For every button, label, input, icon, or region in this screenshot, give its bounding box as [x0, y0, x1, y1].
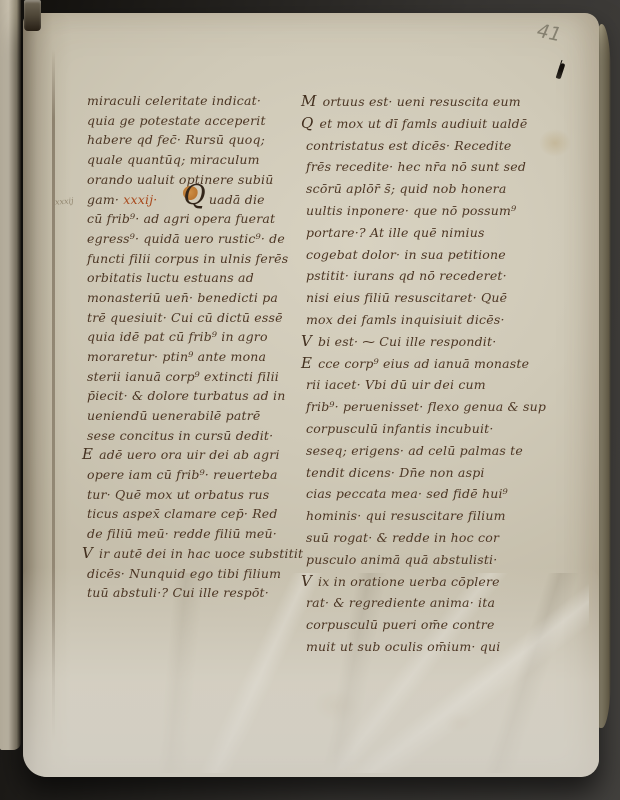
manuscript-text-line: ueniendū uenerabilē patrē [87, 406, 309, 426]
manuscript-text-line: corpusculū infantis incubuit· [306, 418, 558, 440]
text-segment: rat· & regrediente anima· ita [306, 595, 495, 610]
manuscript-page: xxxij miraculi celeritate indicat·quia g… [23, 13, 599, 777]
text-segment: cias peccata mea· sed fidē hui⁹ [306, 486, 508, 501]
text-segment: trē quesiuit· Cui cū dictū essē [87, 310, 283, 325]
line-initial: V [82, 544, 93, 564]
text-segment: frēs recedite· hec nr̄a nō sunt sed [306, 159, 526, 174]
text-segment: opere iam cū frib⁹· reuerteba [87, 467, 278, 482]
text-segment: ix in oratione uerba cōplere [318, 574, 500, 589]
text-segment: rii iacet· Vbi dū uir dei cum [306, 377, 486, 392]
manuscript-text-line: tur· Quē mox ut orbatus rus [87, 485, 309, 505]
manuscript-text-line: miraculi celeritate indicat· [87, 91, 309, 111]
manuscript-text-line: Vbi est· ⁓ Cui ille respondit· [306, 331, 558, 353]
text-segment: orando ualuit optinere subiū [87, 172, 274, 187]
text-segment: adē uero ora uir dei ab agri [99, 447, 280, 462]
gutter-crease-line [52, 49, 55, 743]
manuscript-text-line: tuū abstuli·? Cui ille respōt· [87, 583, 309, 603]
text-segment: portare·? At ille quē nimius [306, 225, 485, 240]
manuscript-text-line: p̄iecit· & dolore turbatus ad in [87, 386, 309, 406]
text-segment: miraculi celeritate indicat· [87, 93, 261, 108]
text-segment: ticus aspex̄ clamare cep̄· Red [87, 506, 278, 521]
binding-tab [24, 0, 41, 31]
manuscript-text-line: sese concitus in cursū dedit· [87, 426, 309, 446]
manuscript-text-line: seseq; erigens· ad celū palmas te [306, 440, 558, 462]
line-initial: M [301, 91, 317, 113]
text-segment: mox dei famls inquisiuit dicēs· [306, 312, 505, 327]
manuscript-text-line: gam· xxxij·Quadā die [87, 189, 309, 209]
text-segment: bi est· ⁓ Cui ille respondit· [318, 334, 496, 349]
manuscript-text-line: Mortuus est· ueni resuscita eum [306, 91, 558, 113]
text-segment: sterii ianuā corp⁹ extincti filii [87, 369, 279, 384]
manuscript-text-line: frib⁹· peruenisset· flexo genua & sup [306, 396, 558, 418]
manuscript-text-line: sterii ianuā corp⁹ extincti filii [87, 367, 309, 387]
parchment-stain [313, 689, 359, 723]
parchment-stain [443, 711, 473, 733]
text-segment: gam· [87, 192, 123, 207]
text-segment: cogebat dolor· in sua petitione [306, 247, 506, 262]
manuscript-text-line: orbitatis luctu estuans ad [87, 268, 309, 288]
line-initial: E [301, 353, 312, 375]
manuscript-photo: { "manuscript": { "folio_number": "41", … [0, 0, 620, 800]
manuscript-text-line: cogebat dolor· in sua petitione [306, 244, 558, 266]
manuscript-text-line: mox dei famls inquisiuit dicēs· [306, 309, 558, 331]
text-segment: scōrū aplōr̄ s̄; quid nob honera [306, 181, 507, 196]
text-segment: functi filii corpus in ulnis ferēs [87, 251, 288, 266]
text-segment: uultis inponere· que nō possum⁹ [306, 203, 516, 218]
manuscript-text-line: moraretur· ptin⁹ ante mona [87, 347, 309, 367]
text-segment: tendit dicens· Dn̄e non aspi [306, 465, 485, 480]
manuscript-text-line: rat· & regrediente anima· ita [306, 592, 558, 614]
manuscript-text-line: Ecce corp⁹ eius ad ianuā monaste [306, 353, 558, 375]
manuscript-text-line: contristatus est dicēs· Recedite [306, 135, 558, 157]
text-segment: quia idē pat cū frib⁹ in agro [87, 329, 268, 344]
text-segment: uadā die [209, 192, 265, 207]
gutter-shadow [23, 13, 71, 777]
text-segment: moraretur· ptin⁹ ante mona [87, 349, 266, 364]
manuscript-text-line: cū frib⁹· ad agri opera fuerat [87, 209, 309, 229]
text-segment: ir autē dei in hac uoce substitit [99, 546, 303, 561]
manuscript-text-line: de filiū meū· redde filiū meū· [87, 524, 309, 544]
manuscript-text-line: portare·? At ille quē nimius [306, 222, 558, 244]
manuscript-text-line: quia idē pat cū frib⁹ in agro [87, 327, 309, 347]
manuscript-text-line: ticus aspex̄ clamare cep̄· Red [87, 504, 309, 524]
text-segment: dicēs· Nunquid ego tibi filium [87, 566, 281, 581]
line-initial: V [301, 571, 312, 593]
text-segment: contristatus est dicēs· Recedite [306, 138, 512, 153]
text-segment: corpusculū infantis incubuit· [306, 421, 494, 436]
text-segment: p̄iecit· & dolore turbatus ad in [87, 388, 286, 403]
text-segment: ortuus est· ueni resuscita eum [323, 94, 521, 109]
manuscript-text-line: corpusculū pueri om̄e contre [306, 614, 558, 636]
text-column-left: miraculi celeritate indicat·quia ge pote… [87, 91, 309, 603]
line-initial: E [82, 445, 93, 465]
text-segment: sese concitus in cursū dedit· [87, 428, 273, 443]
manuscript-text-line: scōrū aplōr̄ s̄; quid nob honera [306, 178, 558, 200]
rubric-chapter-number: xxxij· [123, 192, 157, 207]
manuscript-text-line: Qet mox ut dī famls audiuit ualdē [306, 113, 558, 135]
text-segment: pstitit· iurans qd nō recederet· [306, 268, 507, 283]
text-segment: cce corp⁹ eius ad ianuā monaste [318, 356, 529, 371]
text-segment: tuū abstuli·? Cui ille respōt· [87, 585, 269, 600]
text-segment: corpusculū pueri om̄e contre [306, 617, 495, 632]
text-segment: muit ut sub oculis om̄ium· qui [306, 639, 500, 654]
manuscript-text-line: frēs recedite· hec nr̄a nō sunt sed [306, 156, 558, 178]
text-segment: quale quantūq; miraculum [87, 152, 260, 167]
manuscript-text-line: trē quesiuit· Cui cū dictū essē [87, 308, 309, 328]
manuscript-text-line: dicēs· Nunquid ego tibi filium [87, 564, 309, 584]
text-segment: pusculo animā quā abstulisti· [306, 552, 497, 567]
manuscript-text-line: Vir autē dei in hac uoce substitit [87, 544, 309, 564]
text-segment: suū rogat· & redde in hoc cor [306, 530, 499, 545]
manuscript-text-line: pusculo animā quā abstulisti· [306, 549, 558, 571]
manuscript-text-line: rii iacet· Vbi dū uir dei cum [306, 374, 558, 396]
text-column-right: Mortuus est· ueni resuscita eumQet mox u… [306, 91, 558, 658]
manuscript-text-line: habere qd fec̄· Rursū quoq; [87, 130, 309, 150]
text-segment: et mox ut dī famls audiuit ualdē [320, 116, 528, 131]
folio-number: 41 [535, 20, 563, 47]
text-segment: ueniendū uenerabilē patrē [87, 408, 261, 423]
text-segment: seseq; erigens· ad celū palmas te [306, 443, 523, 458]
manuscript-text-line: pstitit· iurans qd nō recederet· [306, 265, 558, 287]
decorated-initial: Q [183, 189, 205, 203]
text-segment: nisi eius filiū resuscitaret· Quē [306, 290, 507, 305]
line-initial: Q [301, 113, 314, 135]
manuscript-text-line: hominis· qui resuscitare filium [306, 505, 558, 527]
manuscript-text-line: opere iam cū frib⁹· reuerteba [87, 465, 309, 485]
text-segment: hominis· qui resuscitare filium [306, 508, 506, 523]
line-initial: V [301, 331, 312, 353]
text-segment: cū frib⁹· ad agri opera fuerat [87, 211, 275, 226]
manuscript-text-line: Eadē uero ora uir dei ab agri [87, 445, 309, 465]
manuscript-text-line: quia ge potestate acceperit [87, 111, 309, 131]
manuscript-text-line: quale quantūq; miraculum [87, 150, 309, 170]
manuscript-text-line: Vix in oratione uerba cōplere [306, 571, 558, 593]
facing-page-edge [0, 0, 21, 750]
text-segment: tur· Quē mox ut orbatus rus [87, 487, 269, 502]
manuscript-text-line: suū rogat· & redde in hoc cor [306, 527, 558, 549]
marginal-chapter-note: xxxij [55, 196, 74, 207]
manuscript-text-line: uultis inponere· que nō possum⁹ [306, 200, 558, 222]
text-segment: frib⁹· peruenisset· flexo genua & sup [306, 399, 546, 414]
text-segment: habere qd fec̄· Rursū quoq; [87, 132, 265, 147]
text-segment: orbitatis luctu estuans ad [87, 270, 254, 285]
manuscript-text-line: egress⁹· quidā uero rustic⁹· de [87, 229, 309, 249]
text-segment: monasteriū uen̄· benedicti pa [87, 290, 278, 305]
text-segment: de filiū meū· redde filiū meū· [87, 526, 277, 541]
text-segment: quia ge potestate acceperit [87, 113, 266, 128]
manuscript-text-line: cias peccata mea· sed fidē hui⁹ [306, 483, 558, 505]
manuscript-text-line: functi filii corpus in ulnis ferēs [87, 249, 309, 269]
text-segment: egress⁹· quidā uero rustic⁹· de [87, 231, 285, 246]
manuscript-text-line: tendit dicens· Dn̄e non aspi [306, 462, 558, 484]
manuscript-text-line: nisi eius filiū resuscitaret· Quē [306, 287, 558, 309]
manuscript-text-line: monasteriū uen̄· benedicti pa [87, 288, 309, 308]
manuscript-text-line: muit ut sub oculis om̄ium· qui [306, 636, 558, 658]
